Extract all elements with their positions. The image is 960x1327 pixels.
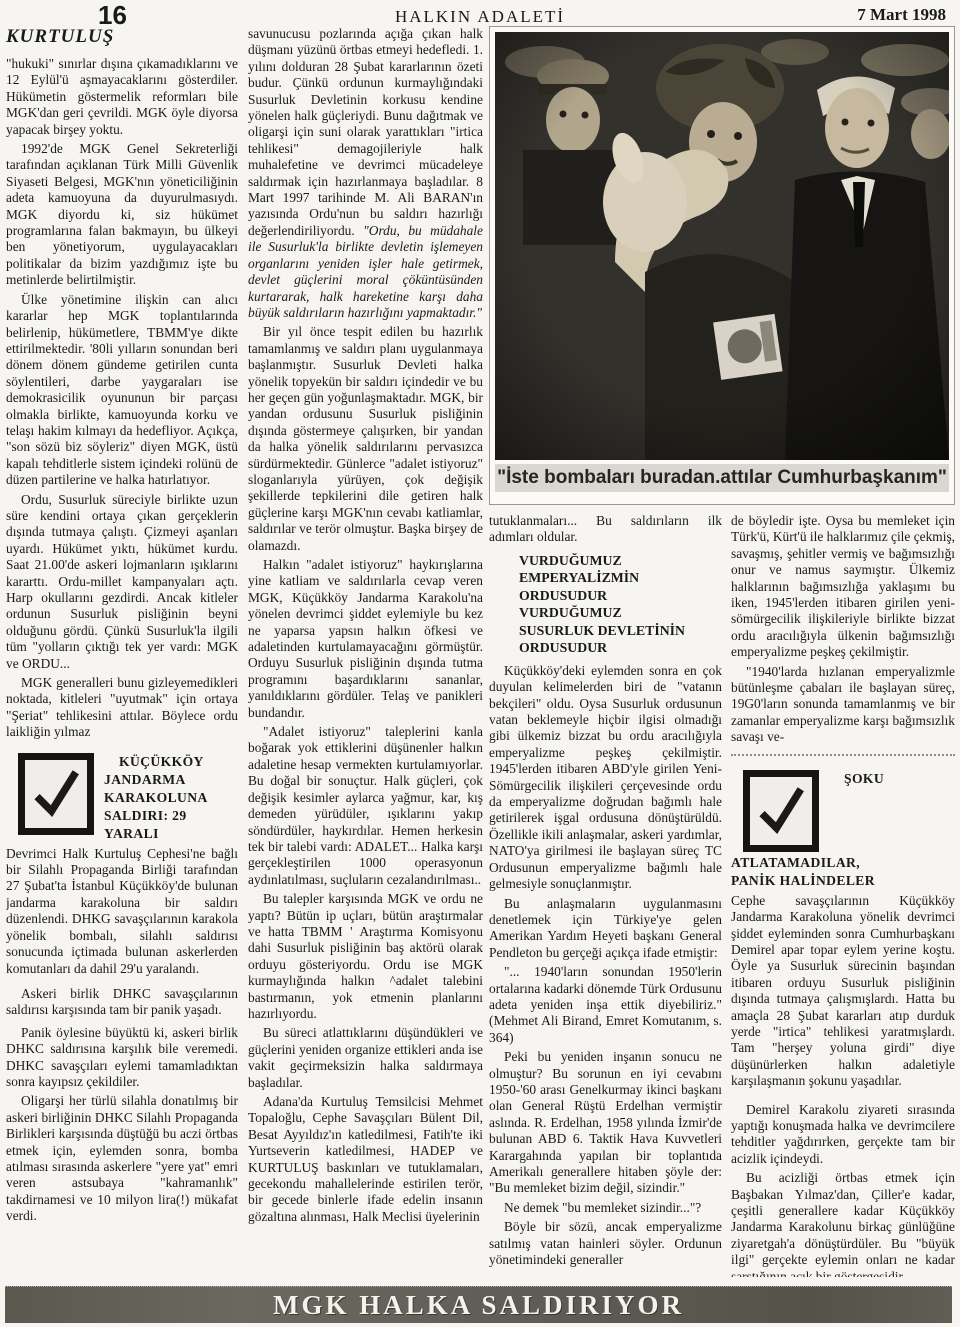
paragraph: Askeri birlik DHKC savaşçılarının saldır… (6, 986, 238, 1019)
newspaper-masthead: HALKIN ADALETİ (0, 7, 960, 27)
paragraph-text: savunucusu pozlarında açığa çıkan halk d… (248, 26, 483, 238)
paragraph: savunucusu pozlarında açığa çıkan halk d… (248, 26, 483, 321)
paragraph: Halkın "adalet istiyoruz" haykırışlarına… (248, 557, 483, 721)
paragraph: MGK generalleri bunu gizleyemedikleri no… (6, 675, 238, 741)
checkmark-glyph (32, 768, 80, 820)
paragraph: Böyle bir sözü, ancak emperyalizme satıl… (489, 1219, 722, 1268)
news-photo-frame: "İste bombaları buradan.attılar Cumhurba… (489, 26, 955, 505)
checkmark-icon (743, 770, 819, 852)
paragraph: Panik öylesine büyüktü ki, askeri birlik… (6, 1025, 238, 1091)
column-3: tutuklanmaları... Bu saldırıların ilk ad… (489, 513, 722, 1277)
column-2: savunucusu pozlarında açığa çıkan halk d… (248, 26, 483, 1274)
bottom-headline-banner: MGK HALKA SALDIRIYOR (5, 1286, 952, 1323)
paragraph: Bir yıl önce tespit edilen bu hazırlık t… (248, 324, 483, 554)
paragraph: Ülke yönetimine ilişkin can alıcı kararl… (6, 292, 238, 489)
paragraph: Devrimci Halk Kurtuluş Cephesi'ne bağlı … (6, 846, 238, 977)
paragraph: Oligarşi her türlü silahla donatılmış bi… (6, 1093, 238, 1224)
paragraph: Bu anlaşmaların uygulanmasını denetlemek… (489, 896, 722, 962)
paragraph: "1940'larda hızlanan emperyalizmle bütün… (731, 664, 955, 746)
feature-kucukkoy: KÜÇÜKKÖY JANDARMA KARAKOLUNA SALDIRI: 29… (6, 749, 238, 1225)
paragraph: Ordu, Susurluk süreciyle birlikte uzun s… (6, 492, 238, 672)
paragraph: "Adalet istiyoruz" taleplerini kanla boğ… (248, 724, 483, 888)
paragraph: tutuklanmaları... Bu saldırıların ilk ad… (489, 513, 722, 546)
section-logo: KURTULUŞ (6, 26, 114, 48)
paragraph: Peki bu yeniden inşanın sonucu ne olmuşt… (489, 1049, 722, 1197)
slogan-block: VURDUĞUMUZ EMPERYALİZMİN ORDUSUDUR VURDU… (519, 552, 722, 657)
paragraph: Bu talepler karşısında MGK ve ordu ne ya… (248, 891, 483, 1022)
newspaper-page: 16 HALKIN ADALETİ 7 Mart 1998 KURTULUŞ "… (0, 0, 960, 1327)
dotted-divider (731, 754, 955, 756)
paragraph: Adana'da Kurtuluş Temsilcisi Mehmet Topa… (248, 1094, 483, 1225)
paragraph: de böyledir işte. Oysa bu memleket için … (731, 513, 955, 661)
photo-caption: "İste bombaları buradan.attılar Cumhurba… (495, 464, 949, 492)
paragraph: "... 1940'ların sonundan 1950'lerin orta… (489, 964, 722, 1046)
news-photo (495, 32, 949, 460)
paragraph: Ne demek "bu memleket sizindir..."? (489, 1200, 722, 1216)
checkmark-icon (18, 753, 94, 835)
banner-text: MGK HALKA SALDIRIYOR (273, 1290, 684, 1321)
column-4: de böyledir işte. Oysa bu memleket için … (731, 513, 955, 1277)
paragraph: Bu acizliği örtbas etmek için Başbakan Y… (731, 1170, 955, 1277)
paragraph: Bu süreci atlattıklarını düşündükleri ve… (248, 1025, 483, 1091)
paragraph: Cephe savaşçılarının Küçükköy Jandarma K… (731, 893, 955, 1090)
paragraph: 1992'de MGK Genel Sekreterliği tarafında… (6, 141, 238, 289)
paragraph: "hukuki" sınırlar dışına çıkamadıklarını… (6, 56, 238, 138)
paragraph: Demirel Karakolu ziyareti sırasında yapt… (731, 1102, 955, 1168)
paragraph: Küçükköy'deki eylemden sonra en çok duyu… (489, 663, 722, 893)
column-1: "hukuki" sınırlar dışına çıkamadıklarını… (6, 56, 238, 1270)
issue-date: 7 Mart 1998 (857, 5, 946, 25)
checkmark-glyph (757, 785, 805, 837)
feature-soku: ŞOKU ATLATAMADILAR, PANİK HALİNDELER Cep… (731, 754, 955, 1277)
